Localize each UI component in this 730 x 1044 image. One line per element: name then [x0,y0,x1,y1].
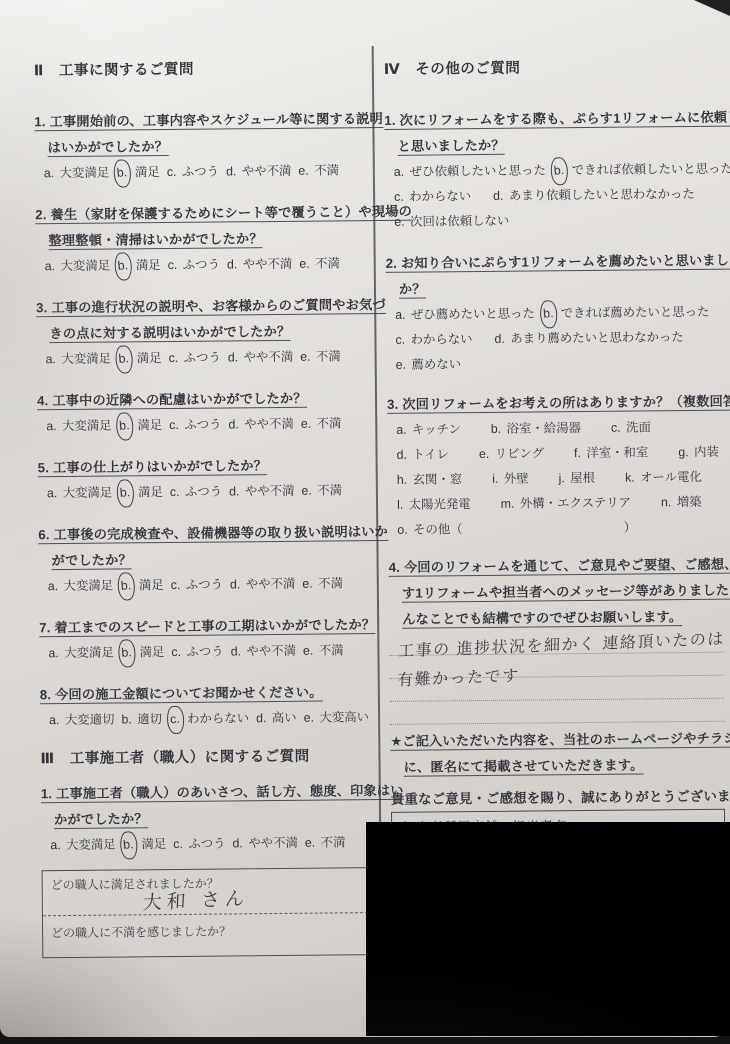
option-a: a. ぜひ依頼したいと思った [394,163,546,178]
option-label: やや不満 [241,484,294,499]
option-c: c. わからない [169,711,249,726]
option-e: e. 不満 [298,163,339,177]
option-e: e. 大変高い [304,710,369,725]
option-letter: o. [397,523,407,537]
option-label: 薦めない [408,357,461,372]
option-label: 太陽光発電 [405,497,471,512]
option-label: やや不満 [239,257,292,272]
question-text: 1. 工事開始前の、工事内容やスケジュール等に関する説明 [34,111,383,131]
option-letter: i. [492,472,498,486]
option-letter: e. [396,358,406,372]
option-letter: n. [661,495,671,509]
option-label: 満足 [135,578,163,592]
option-a: a. ぜひ薦めたいと思った [395,307,535,322]
section2-heading: Ⅱ 工事に関するご質問 [34,58,366,81]
option-label: ふつう [183,645,224,659]
option-label: できれば依頼したいと思った [568,162,730,178]
section3-heading: Ⅲ 工事施工者（職人）に関するご質問 [40,746,372,769]
question-4-1: 1. 次にリフォームをする際も、ぷらす1リフォームに依頼したい と思いましたか？… [384,105,719,235]
option-c: c. ふつう [171,645,223,660]
option-a: a. キッチン [396,422,461,437]
option-d: d. やや不満 [226,164,291,179]
option-letter: c. [168,351,178,365]
option-label: 満足 [136,645,164,659]
option-letter: f. [574,446,581,460]
option-b: b. 満足 [119,418,163,432]
circled-answer-mark: b. [120,831,140,860]
option-b: b. 満足 [123,837,167,851]
option-label: 大変満足 [59,486,112,501]
option-letter: e. [300,350,310,364]
option-label: わからない [407,332,473,347]
question-text: 3. 次回リフォームをお考えの所はありますか？（複数回答可） [387,393,730,414]
question-2-3: 3. 工事の進行状況の説明や、お客様からのご質問やお気づ きの点に対する説明はい… [36,292,369,372]
option-label: 玄関・窓 [409,472,462,487]
circled-answer-mark: b. [114,252,134,281]
question-text: と思いましたか？ [398,138,505,156]
section4-heading: Ⅳ その他のご質問 [384,57,718,80]
option-letter: a. [50,838,60,852]
answer-options: c. わからないd. あまり薦めたいと思わなかった [386,325,720,353]
option-letter: d. [228,417,238,431]
option-letter: c. [168,258,178,272]
option-letter: c. [170,485,180,499]
option-label: ふつう [182,578,223,592]
answer-options: a. 大変満足b. 満足c. ふつうd. やや不満e. 不満 [41,830,373,858]
question-text: 2. 養生（家財を保護するためにシート等で覆うこと）や現場の [35,204,412,225]
answer-options: a. ぜひ依頼したいと思ったb. できれば依頼したいと思った [385,157,719,185]
option-letter: j. [559,471,565,485]
option-label: わからない [406,189,472,204]
option-letter: c. [173,837,183,851]
answer-options: l. 太陽光発電m. 外構・エクステリアn. 増築 [388,490,722,518]
circled-answer-mark: b. [118,639,138,668]
question-2-2: 2. 養生（家財を保護するためにシート等で覆うこと）や現場の 整理整頓・清掃はい… [35,199,368,279]
option-label: 大変満足 [59,419,112,434]
option-label: 満足 [138,837,166,851]
option-a: a. 大変適切 [49,713,114,728]
question-text: んなことでも結構ですのでぜひお願いします。 [402,609,682,629]
question-text: 8. 今回の施工金額についてお聞かせください。 [40,685,323,705]
option-letter: d. [226,164,236,178]
publish-note-text: ★ご記入いただいた内容を、当社のホームページやチラシ等 [390,730,730,750]
option-letter: b. [491,422,501,436]
option-letter: a. [45,259,55,273]
option-letter: d. [231,644,241,658]
option-c: c. ふつう [170,485,222,500]
option-e: e. 不満 [303,643,344,657]
answer-options: e. 次回は依頼しない [385,207,719,235]
option-letter: e. [394,215,404,229]
answer-options: e. 薦めない [387,350,721,378]
option-l: l. 太陽光発電 [397,497,471,512]
option-letter: c. [611,421,621,435]
option-letter: g. [678,445,688,459]
option-letter: c. [171,645,181,659]
option-letter: d. [494,332,504,346]
option-label: 屋根 [567,471,595,485]
option-label: あまり薦めたいと思わなかった [507,330,684,346]
dissatisfied-worker-label: どの職人に不満を感じましたか？ [43,917,231,941]
option-label: 不満 [311,163,339,177]
option-label: 洋室・和室 [583,445,649,460]
option-b: b. 満足 [116,165,160,179]
option-letter: c. [171,578,181,592]
free-comment-area: 工事の 進捗状況を細かく 連絡頂いたのは 有難かったです [389,630,724,725]
option-letter: k. [625,471,635,485]
question-text: 4. 今回のリフォームを通じて、ご意見やご要望、ご感想、ぷら [389,556,730,577]
option-label: 適切 [134,712,162,726]
option-label: ふつう [180,351,221,365]
handwritten-comment: 工事の 進捗状況を細かく 連絡頂いたのは 有難かったです [397,625,726,695]
option-c: c. ふつう [173,836,225,851]
option-c: c. ふつう [167,165,219,180]
option-c: c. わからない [395,332,472,347]
option-letter: a. [46,419,56,433]
option-label: 不満 [315,576,343,590]
answer-options: a. 大変満足b. 満足c. ふつうd. やや不満e. 不満 [35,158,367,186]
option-letter: a. [46,352,56,366]
option-n: n. 増築 [661,495,702,509]
option-label: キッチン [409,422,461,436]
option-letter: d. [227,257,237,271]
option-d: d. あまり薦めたいと思わなかった [494,330,683,346]
option-label: ふつう [181,418,222,432]
option-c: c. ふつう [168,351,220,366]
option-label: ぜひ薦めたいと思った [407,307,534,322]
option-label: 大変満足 [63,838,116,853]
answer-options: a. ぜひ薦めたいと思ったb. できれば薦めたいと思った [386,300,720,328]
publish-note-text: に、匿名にて掲載させていただきます。 [403,757,643,776]
question-2-8: 8. 今回の施工金額についてお聞かせください。 a. 大変適切b. 適切c. わ… [40,679,372,733]
answer-options: h. 玄関・窓i. 外壁j. 屋根k. オール電化 [388,465,722,493]
answer-options: a. 大変満足b. 満足c. ふつうd. やや不満e. 不満 [39,638,371,666]
option-letter: c. [395,333,405,347]
option-label: やや不満 [241,417,294,432]
option-label: ふつう [178,165,219,179]
option-d: d. やや不満 [228,350,293,365]
option-e: e. 不満 [301,416,342,430]
option-label: 増築 [673,495,701,509]
option-label: 不満 [312,349,340,363]
option-letter: e. [304,711,314,725]
option-a: a. 大変満足 [48,646,113,661]
option-letter: c. [167,165,177,179]
option-f: f. 洋室・和室 [574,445,648,460]
question-text: 3. 工事の進行状況の説明や、お客様からのご質問やお気づ [36,297,386,317]
option-d: d. あまり依頼したいと思わなかった [493,187,695,203]
option-letter: a. [48,579,58,593]
option-e: e. 薦めない [396,357,461,372]
option-o: o. その他（ ） [397,521,636,537]
option-label: 外壁 [500,472,528,486]
option-label: やや不満 [242,577,295,592]
option-letter: d. [493,189,503,203]
option-letter: e. [298,164,308,178]
option-label: あまり依頼したいと思わなかった [505,187,694,203]
option-label: やや不満 [243,644,296,659]
option-d: d. やや不満 [228,417,293,432]
option-letter: d. [397,448,407,462]
option-label: 満足 [135,485,163,499]
option-e: e. 不満 [302,576,343,590]
option-label: 大変高い [316,710,369,725]
question-text: 2. お知り合いにぷらす1リフォームを薦めたいと思いました [386,253,730,273]
option-b: b. 満足 [119,485,163,499]
option-e: e. 不満 [300,349,341,363]
dashed-divider [43,912,373,916]
option-h: h. 玄関・窓 [397,472,462,487]
option-d: d. やや不満 [227,257,292,272]
option-label: ふつう [179,258,220,272]
option-letter: d. [256,711,266,725]
option-letter: l. [397,498,403,512]
circled-answer-mark: b. [116,479,136,508]
option-c: c. ふつう [168,258,220,273]
option-m: m. 外構・エクステリア [501,496,631,511]
option-e: e. 次回は依頼しない [394,214,509,229]
option-letter: a. [395,308,405,322]
question-4-4: 4. 今回のリフォームを通じて、ご意見やご要望、ご感想、ぷら す1リフォームや担… [389,552,724,633]
option-label: 大変満足 [60,579,113,594]
circled-answer-mark: b. [113,159,133,188]
answer-options: a. キッチンb. 浴室・給湯器c. 洗面 [387,415,721,443]
option-label: わからない [184,711,250,726]
option-label: 満足 [133,351,161,365]
option-a: a. 大変満足 [50,838,115,853]
option-letter: a. [49,713,59,727]
option-b: b. 適切 [121,712,162,726]
option-letter: e. [301,484,311,498]
question-2-1: 1. 工事開始前の、工事内容やスケジュール等に関する説明 はいかがでしたか？ a… [34,106,367,186]
option-a: a. 大変満足 [47,486,112,501]
circled-answer-mark: c. [166,705,185,734]
question-text: 4. 工事中の近隣への配慮はいかがでしたか？ [37,391,307,411]
circled-answer-mark: b. [539,300,559,329]
option-letter: d. [230,577,240,591]
answer-options: a. 大変満足b. 満足c. ふつうd. やや不満e. 不満 [37,344,369,372]
circled-answer-mark: b. [550,157,570,186]
option-label: 大変満足 [61,646,114,661]
option-label: 大変満足 [58,352,111,367]
option-letter: d. [228,350,238,364]
question-text: 1. 次にリフォームをする際も、ぷらす1リフォームに依頼したい [384,109,730,130]
option-j: j. 屋根 [559,471,596,485]
option-label: ふつう [181,485,222,499]
question-text: 7. 着工までのスピードと工事の工期はいかがでしたか？ [39,617,375,637]
redaction-block [366,822,730,1036]
option-c: c. わからない [394,189,471,204]
question-text: か？ [399,282,426,299]
option-letter: a. [47,486,57,500]
option-label: 満足 [132,258,160,272]
option-letter: b. [121,712,131,726]
option-label: 不満 [313,416,341,430]
option-letter: a. [396,423,406,437]
option-label: 次回は依頼しない [407,214,510,229]
answer-options: o. その他（ ） [388,515,722,543]
option-c: c. ふつう [171,578,223,593]
option-label: 満足 [131,165,159,179]
question-4-2: 2. お知り合いにぷらす1リフォームを薦めたいと思いました か？ a. ぜひ薦め… [386,248,721,378]
question-text: きの点に対する説明はいかがでしたか？ [49,324,290,343]
option-label: 浴室・給湯器 [503,421,581,436]
question-2-5: 5. 工事の仕上がりはいかがでしたか？ a. 大変満足b. 満足c. ふつうd.… [38,452,370,506]
circled-answer-mark: b. [117,572,137,601]
option-b: b. 浴室・給湯器 [491,421,581,436]
option-label: やや不満 [240,350,293,365]
option-label: 満足 [134,418,162,432]
option-d: d. やや不満 [229,484,294,499]
question-4-3: 3. 次回リフォームをお考えの所はありますか？（複数回答可） a. キッチンb.… [387,389,722,543]
circled-answer-mark: b. [115,345,135,374]
option-letter: a. [48,646,58,660]
option-letter: e. [303,644,313,658]
option-label: 大変満足 [57,259,110,274]
thanks-message: 貴重なご意見・ご感想を賜り、誠にありがとうございました [391,786,725,808]
option-d: d. 高い [256,711,297,725]
option-a: a. 大変満足 [48,579,113,594]
option-letter: e. [299,257,309,271]
option-letter: d. [232,836,242,850]
option-b: b. できれば薦めたいと思った [542,305,710,321]
option-b: b. できれば依頼したいと思った [553,162,730,178]
option-label: リビング [491,446,544,461]
question-3-1: 1. 工事施工者（職人）のあいさつ、話し方、態度、印象はい かがでしたか？ a.… [41,778,374,858]
question-text: 5. 工事の仕上がりはいかがでしたか？ [38,458,268,477]
option-letter: a. [394,165,404,179]
publish-note: ★ご記入いただいた内容を、当社のホームページやチラシ等 に、匿名にて掲載させてい… [390,726,724,781]
question-text: はいかがでしたか？ [48,139,169,157]
option-letter: a. [44,166,54,180]
option-a: a. 大変満足 [45,259,110,274]
answer-options: a. 大変満足b. 満足c. ふつうd. やや不満e. 不満 [37,411,369,439]
question-text: かがでしたか？ [54,811,148,829]
question-text: がでしたか？ [51,552,131,570]
option-letter: h. [397,473,407,487]
option-letter: c. [394,190,404,204]
answer-options: a. 大変満足b. 満足c. ふつうd. やや不満e. 不満 [39,571,371,599]
option-letter: e. [479,447,489,461]
option-label: 不満 [315,643,343,657]
option-e: e. 不満 [301,483,342,497]
option-d: d. トイレ [397,447,449,462]
option-b: b. 満足 [120,578,164,592]
option-a: a. 大変満足 [46,352,111,367]
option-label: できれば薦めたいと思った [557,305,709,320]
option-label: トイレ [409,447,449,461]
question-2-4: 4. 工事中の近隣への配慮はいかがでしたか？ a. 大変満足b. 満足c. ふつ… [37,385,369,439]
option-a: a. 大変満足 [44,166,109,181]
answer-options: c. わからないd. あまり依頼したいと思わなかった [385,182,719,210]
option-label: やや不満 [245,836,298,851]
option-d: d. やや不満 [232,836,297,851]
left-column: Ⅱ 工事に関するご質問 1. 工事開始前の、工事内容やスケジュール等に関する説明… [34,58,375,958]
option-label: 不満 [314,483,342,497]
option-label: 大変適切 [61,713,114,728]
option-d: d. やや不満 [230,577,295,592]
option-a: a. 大変満足 [46,419,111,434]
answer-options: d. トイレe. リビングf. 洋室・和室g. 内装 [387,440,721,468]
answer-options: a. 大変適切b. 適切c. わからないd. 高いe. 大変高い [40,705,372,733]
answer-options: a. 大変満足b. 満足c. ふつうd. やや不満e. 不満 [36,251,368,279]
worker-feedback-box: どの職人に満足されましたか？ 大和 さん どの職人に不満を感じましたか？ [42,867,375,958]
answer-options: a. 大変満足b. 満足c. ふつうd. やや不満e. 不満 [38,478,370,506]
option-d: d. やや不満 [231,644,296,659]
option-letter: e. [301,417,311,431]
option-label: その他（ ） [410,521,637,537]
option-e: e. 不満 [305,835,346,849]
option-e: e. 不満 [299,256,340,270]
option-letter: e. [305,836,315,850]
option-label: 大変満足 [56,166,109,181]
option-c: c. ふつう [169,418,221,433]
option-label: 外構・エクステリア [516,496,631,511]
question-text: す1リフォームや担当者へのメッセージ等がありましたら、ど [402,582,730,603]
option-label: ふつう [185,836,226,850]
option-i: i. 外壁 [492,472,529,486]
option-g: g. 内装 [678,445,719,459]
option-label: 高い [268,711,296,725]
option-b: b. 満足 [121,645,165,659]
option-b: b. 満足 [117,258,161,272]
question-2-7: 7. 着工までのスピードと工事の工期はいかがでしたか？ a. 大変満足b. 満足… [39,612,371,666]
option-label: 内装 [691,445,719,459]
option-label: やや不満 [238,164,291,179]
question-2-6: 6. 工事後の完成検査や、設備機器等の取り扱い説明はいか がでしたか？ a. 大… [38,519,371,599]
circled-answer-mark: b. [116,412,136,441]
question-text: 整理整頓・清掃はいかがでしたか？ [48,231,262,250]
option-label: 不満 [317,835,345,849]
option-b: b. 満足 [118,351,162,365]
satisfied-worker-answer-handwritten: 大和 さん [142,883,249,915]
option-label: 不満 [312,256,340,270]
option-c: c. 洗面 [611,420,651,434]
option-e: e. リビング [479,446,544,461]
option-label: 洗面 [623,420,651,434]
option-k: k. オール電化 [625,470,702,485]
option-letter: c. [169,418,179,432]
question-text: 6. 工事後の完成検査や、設備機器等の取り扱い説明はいか [38,524,388,544]
writing-line [390,699,724,725]
option-letter: m. [501,497,515,511]
option-label: オール電化 [637,470,702,485]
option-label: ぜひ依頼したいと思った [406,163,546,178]
option-letter: e. [302,577,312,591]
question-text: 1. 工事施工者（職人）のあいさつ、話し方、態度、印象はい [41,783,404,803]
option-letter: d. [229,484,239,498]
